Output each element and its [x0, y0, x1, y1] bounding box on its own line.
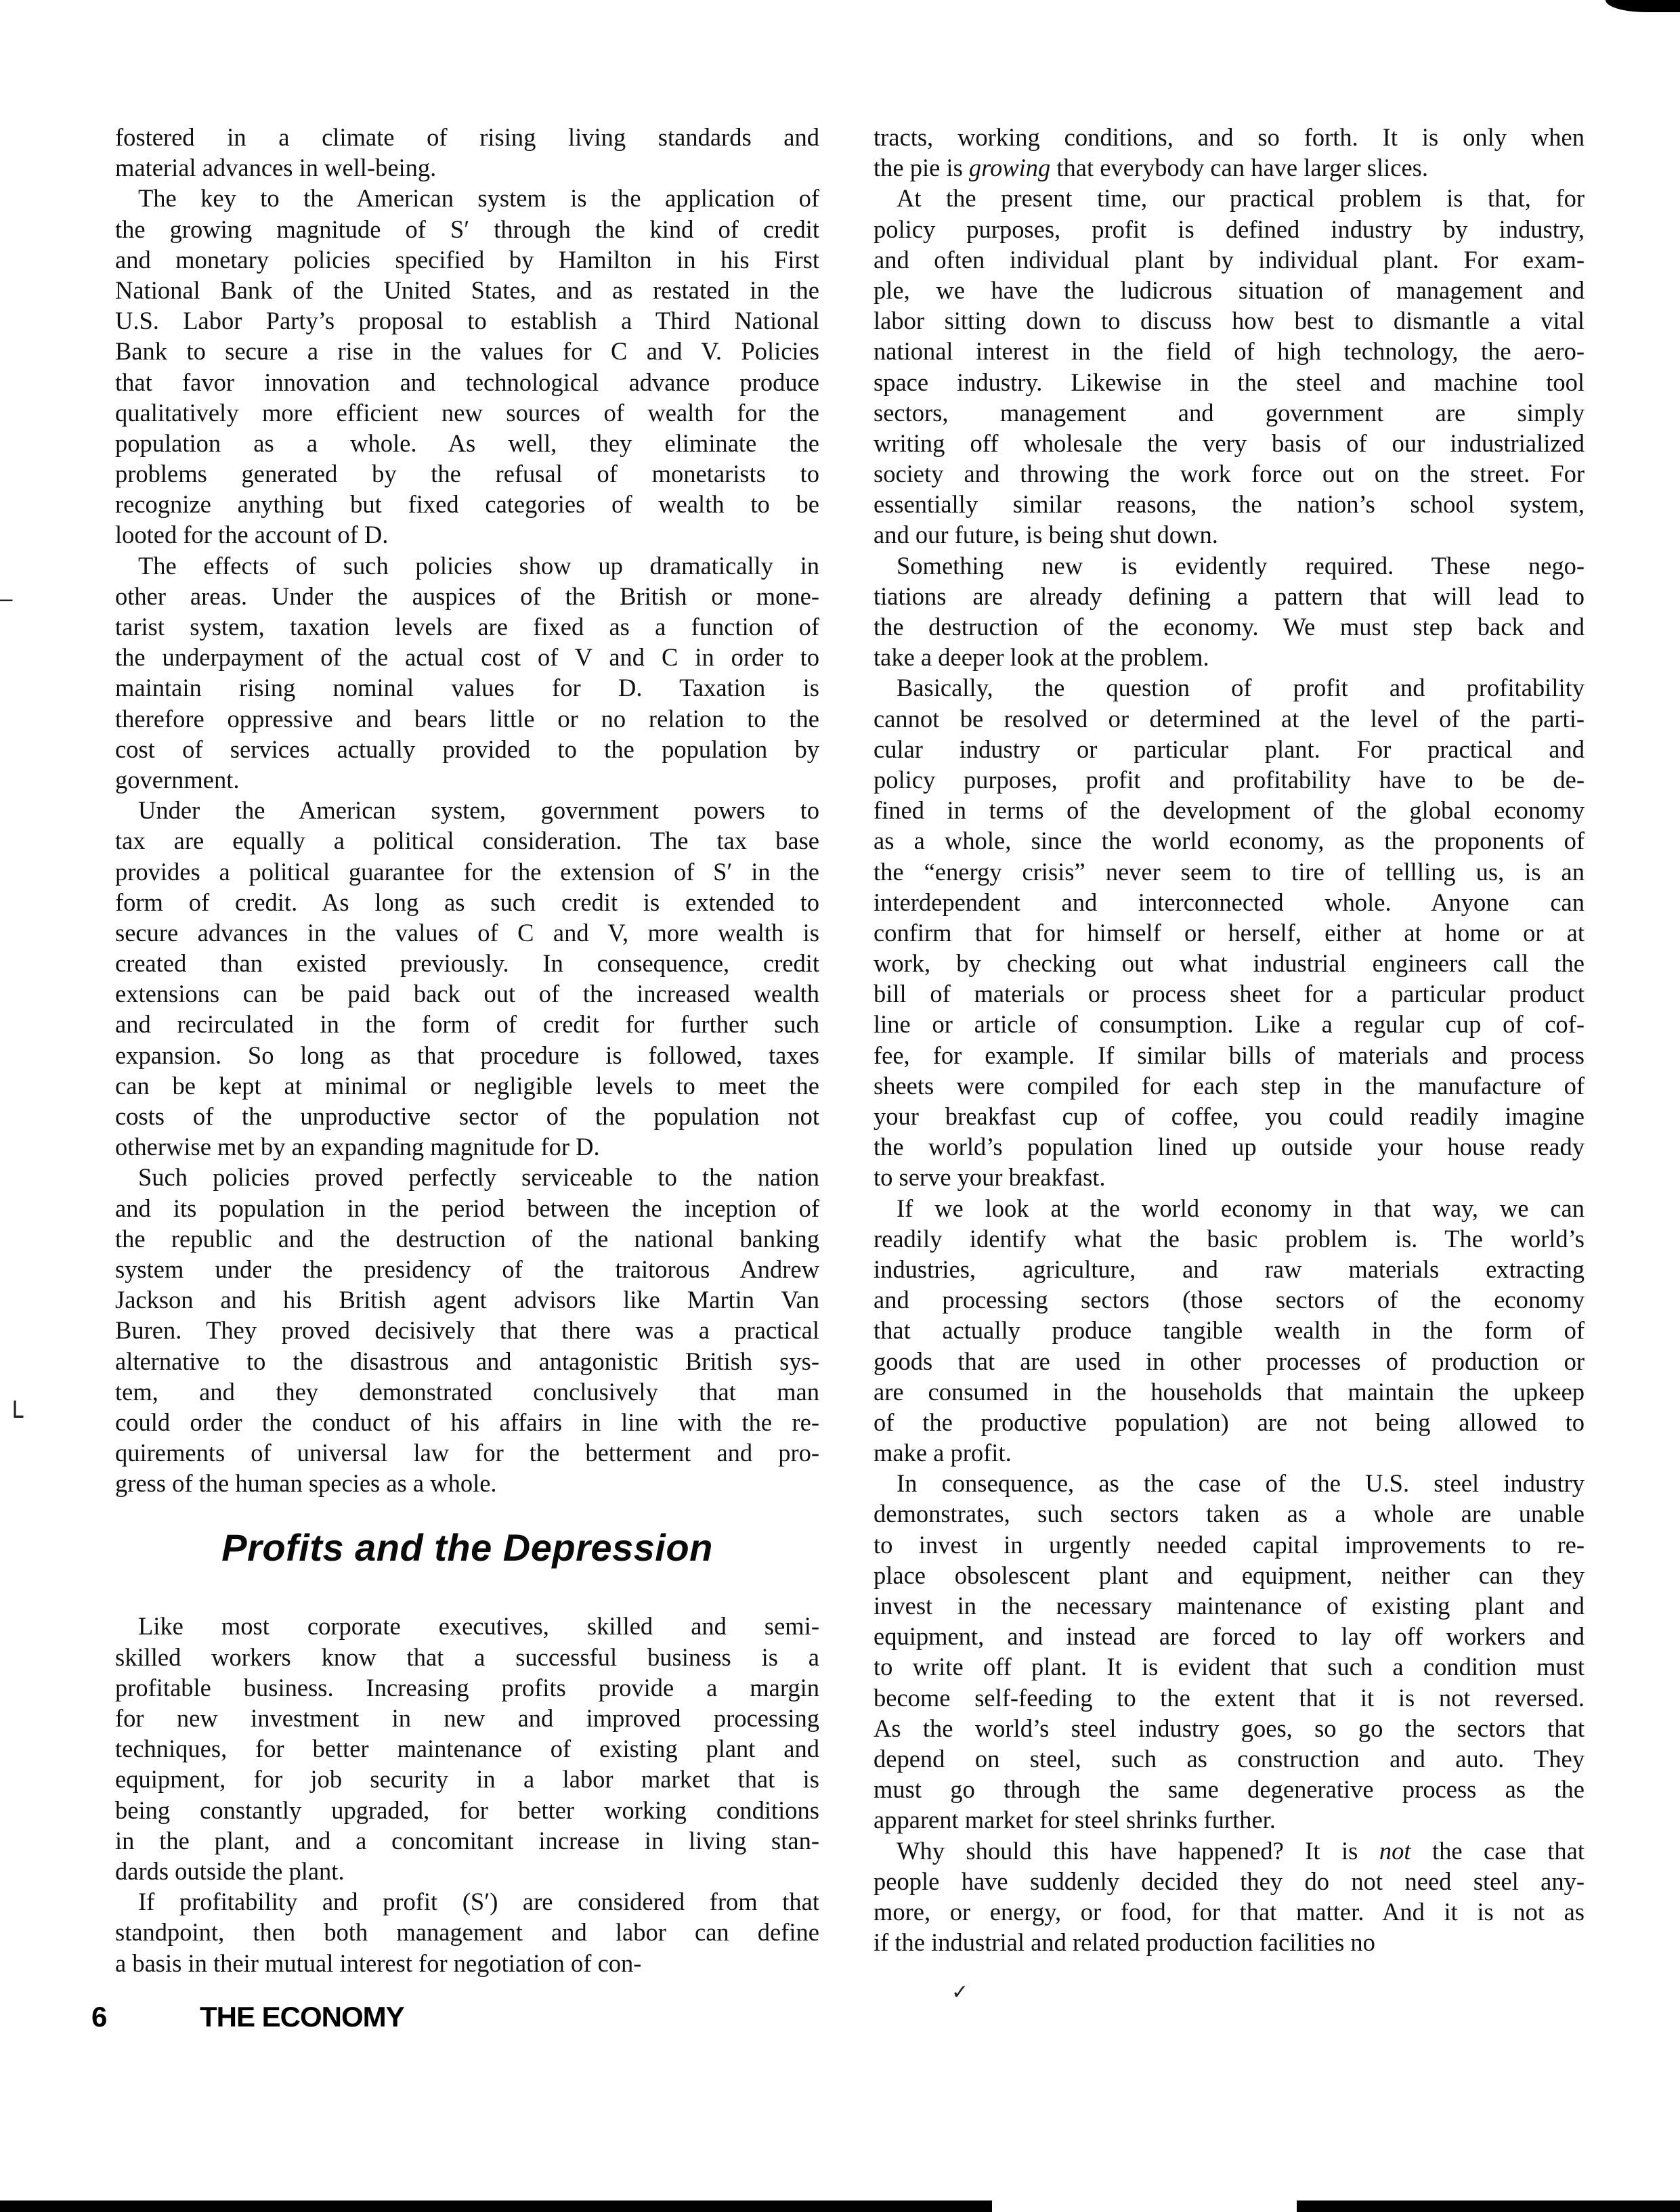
text-line: looted for the account of D.: [115, 519, 819, 550]
left-column: fostered in a climate of rising living s…: [115, 122, 819, 1978]
text-line: are consumed in the households that main…: [874, 1376, 1585, 1407]
text-line: government.: [115, 764, 819, 795]
text-line: skilled workers know that a successful b…: [115, 1642, 819, 1672]
text-line: cannot be resolved or determined at the …: [874, 703, 1585, 734]
text-line: If we look at the world economy in that …: [874, 1193, 1585, 1223]
text-line: The key to the American system is the ap…: [115, 183, 819, 213]
text-line: At the present time, our practical probl…: [874, 183, 1585, 213]
text-line: and processing sectors (those sectors of…: [874, 1284, 1585, 1315]
text-line: gress of the human species as a whole.: [115, 1468, 819, 1498]
text-line: expansion. So long as that procedure is …: [115, 1040, 819, 1070]
text-line: techniques, for better maintenance of ex…: [115, 1733, 819, 1764]
text-line: tiations are already defining a pattern …: [874, 581, 1585, 611]
text-line: bill of materials or process sheet for a…: [874, 978, 1585, 1009]
section-label: THE ECONOMY: [200, 2001, 404, 2033]
text-line: that actually produce tangible wealth in…: [874, 1315, 1585, 1345]
text-line: the republic and the destruction of the …: [115, 1223, 819, 1254]
text-line: line or article of consumption. Like a r…: [874, 1009, 1585, 1039]
right-column-body: tracts, working conditions, and so forth…: [874, 122, 1585, 1957]
paragraph: Like most corporate executives, skilled …: [115, 1611, 819, 1886]
text-line: that favor innovation and technological …: [115, 367, 819, 397]
paragraph: The effects of such policies show up dra…: [115, 550, 819, 796]
text-line: recognize anything but fixed categories …: [115, 489, 819, 519]
paragraph: If profitability and profit (S′) are con…: [115, 1886, 819, 1978]
text-line: the “energy crisis” never seem to tire o…: [874, 856, 1585, 887]
text-line: Buren. They proved decisively that there…: [115, 1315, 819, 1345]
text-line: cost of services actually provided to th…: [115, 734, 819, 764]
page-number: 6: [91, 2001, 200, 2033]
text-line: and our future, is being shut down.: [874, 519, 1585, 550]
text-line: people have suddenly decided they do not…: [874, 1866, 1585, 1896]
text-line: Like most corporate executives, skilled …: [115, 1611, 819, 1641]
text-line: interdependent and interconnected whole.…: [874, 887, 1585, 917]
paragraph: Something new is evidently required. The…: [874, 550, 1585, 673]
text-line: policy purposes, profit is defined indus…: [874, 214, 1585, 244]
text-line: make a profit.: [874, 1437, 1585, 1468]
text-line: and recirculated in the form of credit f…: [115, 1009, 819, 1039]
text-line: the growing magnitude of S′ through the …: [115, 214, 819, 244]
text-line: being constantly upgraded, for better wo…: [115, 1795, 819, 1825]
scan-artifact-corner: [1606, 0, 1680, 12]
scan-edge-bar-right: [1297, 2200, 1680, 2212]
text-line: and its population in the period between…: [115, 1193, 819, 1223]
text-line: to invest in urgently needed capital imp…: [874, 1530, 1585, 1560]
text-line: equipment, and instead are forced to lay…: [874, 1621, 1585, 1651]
text-line: sheets were compiled for each step in th…: [874, 1070, 1585, 1101]
paragraph: If we look at the world economy in that …: [874, 1193, 1585, 1469]
text-line: policy purposes, profit and profitabilit…: [874, 764, 1585, 795]
text-line: Something new is evidently required. The…: [874, 550, 1585, 581]
text-line: become self-feeding to the extent that i…: [874, 1683, 1585, 1713]
text-line: fostered in a climate of rising living s…: [115, 122, 819, 152]
text-line: readily identify what the basic problem …: [874, 1223, 1585, 1254]
left-column-body-after-heading: Like most corporate executives, skilled …: [115, 1611, 819, 1978]
text-line: essentially similar reasons, the nation’…: [874, 489, 1585, 519]
text-line: national interest in the field of high t…: [874, 336, 1585, 366]
text-line: If profitability and profit (S′) are con…: [115, 1886, 819, 1917]
text-line: fee, for example. If similar bills of ma…: [874, 1040, 1585, 1070]
text-line: fined in terms of the development of the…: [874, 795, 1585, 825]
magazine-page: fostered in a climate of rising living s…: [0, 0, 1680, 2212]
text-line: cular industry or particular plant. For …: [874, 734, 1585, 764]
section-heading: Profits and the Depression: [115, 1524, 819, 1571]
text-line: of the productive population) are not be…: [874, 1407, 1585, 1437]
text-line: tem, and they demonstrated conclusively …: [115, 1376, 819, 1407]
text-line: Under the American system, government po…: [115, 795, 819, 825]
text-line: standpoint, then both management and lab…: [115, 1917, 819, 1947]
text-line: provides a political guarantee for the e…: [115, 856, 819, 887]
emphasis: not: [1379, 1837, 1411, 1865]
text-line: depend on steel, such as construction an…: [874, 1743, 1585, 1774]
text-line: tax are equally a political consideratio…: [115, 825, 819, 856]
text-line: labor sitting down to discuss how best t…: [874, 305, 1585, 336]
page-footer: 6THE ECONOMY: [91, 2001, 404, 2033]
text-line: industries, agriculture, and raw materia…: [874, 1254, 1585, 1284]
text-line: take a deeper look at the problem.: [874, 642, 1585, 672]
text-line: created than existed previously. In cons…: [115, 948, 819, 978]
text-line: tracts, working conditions, and so forth…: [874, 122, 1585, 152]
text-line: In consequence, as the case of the U.S. …: [874, 1468, 1585, 1498]
paragraph: The key to the American system is the ap…: [115, 183, 819, 550]
text-line: maintain rising nominal values for D. Ta…: [115, 672, 819, 703]
paragraph: tracts, working conditions, and so forth…: [874, 122, 1585, 183]
text-line: work, by checking out what industrial en…: [874, 948, 1585, 978]
text-line: the underpayment of the actual cost of V…: [115, 642, 819, 672]
text-line: to serve your breakfast.: [874, 1162, 1585, 1192]
text-line: population as a whole. As well, they eli…: [115, 428, 819, 458]
text-line: Such policies proved perfectly serviceab…: [115, 1162, 819, 1192]
text-line: the world’s population lined up outside …: [874, 1131, 1585, 1162]
text-line: the destruction of the economy. We must …: [874, 611, 1585, 642]
text-line: alternative to the disastrous and antago…: [115, 1346, 819, 1376]
text-line: form of credit. As long as such credit i…: [115, 887, 819, 917]
paragraph: Why should this have happened? It is not…: [874, 1836, 1585, 1958]
text-line: The effects of such policies show up dra…: [115, 550, 819, 581]
text-line: could order the conduct of his affairs i…: [115, 1407, 819, 1437]
margin-mark-dash: ─: [0, 589, 12, 613]
text-line: other areas. Under the auspices of the B…: [115, 581, 819, 611]
text-line: your breakfast cup of coffee, you could …: [874, 1101, 1585, 1131]
text-line: and often individual plant by individual…: [874, 244, 1585, 275]
text-line: material advances in well-being.: [115, 152, 819, 183]
text-line: invest in the necessary maintenance of e…: [874, 1590, 1585, 1621]
text-line: goods that are used in other processes o…: [874, 1346, 1585, 1376]
text-line: apparent market for steel shrinks furthe…: [874, 1804, 1585, 1835]
margin-mark-hook: └: [7, 1402, 23, 1433]
text-line: a basis in their mutual interest for neg…: [115, 1948, 819, 1978]
text-line: space industry. Likewise in the steel an…: [874, 367, 1585, 397]
text-line: system under the presidency of the trait…: [115, 1254, 819, 1284]
paragraph: Under the American system, government po…: [115, 795, 819, 1162]
check-mark-icon: ✓: [951, 1980, 968, 2004]
text-line: the pie is growing that everybody can ha…: [874, 152, 1585, 183]
text-line: U.S. Labor Party’s proposal to establish…: [115, 305, 819, 336]
right-column: tracts, working conditions, and so forth…: [874, 122, 1585, 1957]
text-line: if the industrial and related production…: [874, 1927, 1585, 1957]
text-line: problems generated by the refusal of mon…: [115, 458, 819, 489]
paragraph: Basically, the question of profit and pr…: [874, 672, 1585, 1192]
text-line: profitable business. Increasing profits …: [115, 1672, 819, 1703]
text-line: tarist system, taxation levels are fixed…: [115, 611, 819, 642]
text-line: Bank to secure a rise in the values for …: [115, 336, 819, 366]
text-line: can be kept at minimal or negligible lev…: [115, 1070, 819, 1101]
paragraph: Such policies proved perfectly serviceab…: [115, 1162, 819, 1498]
text-line: otherwise met by an expanding magnitude …: [115, 1131, 819, 1162]
text-line: Basically, the question of profit and pr…: [874, 672, 1585, 703]
text-line: costs of the unproductive sector of the …: [115, 1101, 819, 1131]
text-line: to write off plant. It is evident that s…: [874, 1651, 1585, 1682]
text-line: writing off wholesale the very basis of …: [874, 428, 1585, 458]
paragraph: fostered in a climate of rising living s…: [115, 122, 819, 183]
text-line: Jackson and his British agent advisors l…: [115, 1284, 819, 1315]
text-line: demonstrates, such sectors taken as a wh…: [874, 1498, 1585, 1529]
paragraph: At the present time, our practical probl…: [874, 183, 1585, 550]
scan-edge-bar-left: [0, 2200, 992, 2212]
text-line: for new investment in new and improved p…: [115, 1703, 819, 1733]
text-line: confirm that for himself or herself, eit…: [874, 917, 1585, 948]
text-line: qualitatively more efficient new sources…: [115, 397, 819, 428]
text-line: quirements of universal law for the bett…: [115, 1437, 819, 1468]
text-line: extensions can be paid back out of the i…: [115, 978, 819, 1009]
text-line: more, or energy, or food, for that matte…: [874, 1896, 1585, 1927]
text-line: and monetary policies specified by Hamil…: [115, 244, 819, 275]
text-line: as a whole, since the world economy, as …: [874, 825, 1585, 856]
text-line: society and throwing the work force out …: [874, 458, 1585, 489]
text-line: equipment, for job security in a labor m…: [115, 1764, 819, 1794]
text-line: As the world’s steel industry goes, so g…: [874, 1713, 1585, 1743]
left-column-body-before-heading: fostered in a climate of rising living s…: [115, 122, 819, 1498]
text-line: dards outside the plant.: [115, 1856, 819, 1886]
emphasis: growing: [969, 154, 1050, 181]
text-line: ple, we have the ludicrous situation of …: [874, 275, 1585, 305]
text-line: secure advances in the values of C and V…: [115, 917, 819, 948]
text-line: sectors, management and government are s…: [874, 397, 1585, 428]
paragraph: In consequence, as the case of the U.S. …: [874, 1468, 1585, 1835]
text-line: National Bank of the United States, and …: [115, 275, 819, 305]
text-line: must go through the same degenerative pr…: [874, 1774, 1585, 1804]
text-line: in the plant, and a concomitant increase…: [115, 1825, 819, 1856]
text-line: therefore oppressive and bears little or…: [115, 703, 819, 734]
text-line: Why should this have happened? It is not…: [874, 1836, 1585, 1866]
text-line: place obsolescent plant and equipment, n…: [874, 1560, 1585, 1590]
